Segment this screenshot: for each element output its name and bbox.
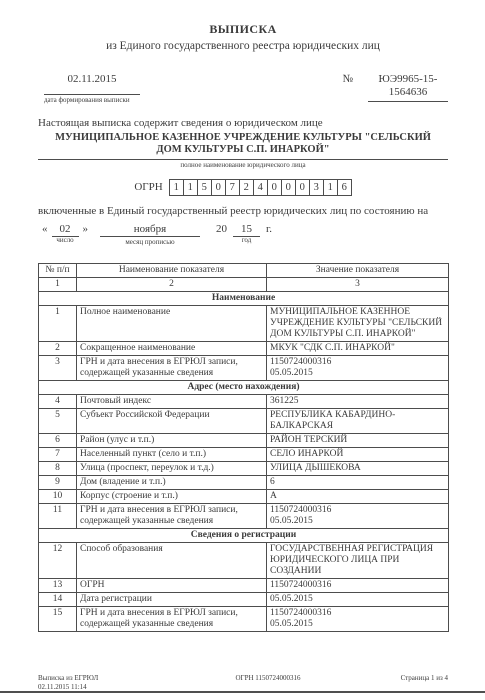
company-name: МУНИЦИПАЛЬНОЕ КАЗЕННОЕ УЧРЕЖДЕНИЕ КУЛЬТУ… (38, 132, 448, 160)
table-row: 13ОГРН1150724000316 (39, 579, 449, 593)
section-row: Сведения о регистрации (39, 529, 449, 543)
close-quote: » (81, 223, 91, 235)
ogrn-label: ОГРН (134, 181, 162, 193)
cell-num: 9 (39, 476, 77, 490)
table-row: 11ГРН и дата внесения в ЕГРЮЛ записи, со… (39, 504, 449, 529)
cell-value: УЛИЦА ДЫШЕКОВА (267, 461, 449, 475)
cell-name: Дом (владение и т.п.) (77, 476, 267, 490)
cell-value: 05.05.2015 (267, 593, 449, 607)
cell-name: Улица (проспект, переулок и т.д.) (77, 461, 267, 475)
ogrn-digit-box: 0 (267, 179, 282, 196)
document-title: ВЫПИСКА (38, 22, 448, 37)
section-row: Наименование (39, 291, 449, 305)
cell-num: 12 (39, 543, 77, 579)
cell-value: 1150724000316 05.05.2015 (267, 607, 449, 632)
table-colnum-row: 1 2 3 (39, 277, 449, 291)
cell-value: 6 (267, 476, 449, 490)
section-title: Сведения о регистрации (39, 529, 449, 543)
document-page: ВЫПИСКА из Единого государственного реес… (0, 0, 485, 700)
table-row: 5Субъект Российской ФедерацииРЕСПУБЛИКА … (39, 408, 449, 433)
table-row: 9Дом (владение и т.п.)6 (39, 476, 449, 490)
footer-ogrn: ОГРН 1150724000316 (178, 674, 358, 683)
document-subtitle: из Единого государственного реестра юрид… (38, 40, 448, 52)
cell-value: 361225 (267, 394, 449, 408)
section-title: Наименование (39, 291, 449, 305)
table-row: 8Улица (проспект, переулок и т.д.)УЛИЦА … (39, 461, 449, 475)
ogrn-digit-box: 4 (253, 179, 268, 196)
as-of-year: 15 (233, 223, 260, 237)
cell-name: ГРН и дата внесения в ЕГРЮЛ записи, соде… (77, 355, 267, 380)
cell-value: РЕСПУБЛИКА КАБАРДИНО-БАЛКАРСКАЯ (267, 408, 449, 433)
formation-date-caption: дата формирования выписки (44, 94, 140, 104)
table-row: 1Полное наименованиеМУНИЦИПАЛЬНОЕ КАЗЕНН… (39, 305, 449, 341)
cell-num: 4 (39, 394, 77, 408)
meta-row: 02.11.2015 дата формирования выписки № Ю… (38, 73, 448, 104)
header-cell-num: № п/п (39, 263, 77, 277)
footer-left: Выписка из ЕГРЮЛ 02.11.2015 11:14 (38, 674, 178, 692)
cell-value: МКУК "СДК С.П. ИНАРКОЙ" (267, 341, 449, 355)
cell-value: РАЙОН ТЕРСКИЙ (267, 433, 449, 447)
ogrn-digit-box: 1 (169, 179, 184, 196)
year-suffix: г. (264, 223, 274, 235)
section-title: Адрес (место нахождения) (39, 380, 449, 394)
open-quote: « (40, 223, 50, 235)
ogrn-digit-box: 5 (197, 179, 212, 196)
ogrn-digit-box: 7 (225, 179, 240, 196)
cell-num: 8 (39, 461, 77, 475)
cell-value: 1150724000316 05.05.2015 (267, 355, 449, 380)
table-row: 7Населенный пункт (село и т.п.)СЕЛО ИНАР… (39, 447, 449, 461)
cell-num: 5 (39, 408, 77, 433)
as-of-day: 02 (52, 223, 79, 237)
formation-date-block: 02.11.2015 дата формирования выписки (44, 73, 140, 104)
ogrn-digit-box: 1 (323, 179, 338, 196)
included-text: включенные в Единый государственный реес… (38, 205, 448, 217)
document-number-line1: ЮЭ9965-15- (368, 73, 448, 86)
table-row: 3ГРН и дата внесения в ЕГРЮЛ записи, сод… (39, 355, 449, 380)
cell-name: Полное наименование (77, 305, 267, 341)
ogrn-digit-boxes: 1150724000316 (169, 179, 352, 196)
colnum-1: 1 (39, 277, 77, 291)
month-caption: месяц прописью (100, 238, 200, 246)
table-row: 15ГРН и дата внесения в ЕГРЮЛ записи, со… (39, 607, 449, 632)
day-stack: 02 число (52, 223, 79, 244)
colnum-3: 3 (267, 277, 449, 291)
year-caption: год (233, 236, 260, 244)
details-table: № п/п Наименование показателя Значение п… (38, 263, 449, 632)
cell-name: Дата регистрации (77, 593, 267, 607)
document-number: ЮЭ9965-15- 1564636 (368, 73, 448, 102)
cell-num: 13 (39, 579, 77, 593)
cell-num: 3 (39, 355, 77, 380)
cell-value: ГОСУДАРСТВЕННАЯ РЕГИСТРАЦИЯ ЮРИДИЧЕСКОГО… (267, 543, 449, 579)
header-cell-value: Значение показателя (267, 263, 449, 277)
table-row: 6Район (улус и т.п.)РАЙОН ТЕРСКИЙ (39, 433, 449, 447)
cell-num: 11 (39, 504, 77, 529)
document-number-line2: 1564636 (368, 86, 448, 99)
footer-doc-type: Выписка из ЕГРЮЛ (38, 674, 178, 683)
ogrn-digit-box: 2 (239, 179, 254, 196)
cell-num: 10 (39, 490, 77, 504)
header-cell-name: Наименование показателя (77, 263, 267, 277)
month-stack: ноября месяц прописью (100, 223, 200, 246)
table-row: 4Почтовый индекс361225 (39, 394, 449, 408)
cell-num: 2 (39, 341, 77, 355)
as-of-month: ноября (100, 223, 200, 237)
as-of-date-line: « 02 число » ноября месяц прописью 20 15… (40, 223, 448, 246)
cell-value: СЕЛО ИНАРКОЙ (267, 447, 449, 461)
ogrn-digit-box: 1 (183, 179, 198, 196)
cell-num: 14 (39, 593, 77, 607)
section-row: Адрес (место нахождения) (39, 380, 449, 394)
ogrn-digit-box: 6 (337, 179, 352, 196)
table-row: 10Корпус (строение и т.п.)А (39, 490, 449, 504)
ogrn-digit-box: 3 (309, 179, 324, 196)
cell-num: 6 (39, 433, 77, 447)
colnum-2: 2 (77, 277, 267, 291)
ogrn-digit-box: 0 (295, 179, 310, 196)
number-sign: № (343, 73, 354, 85)
cell-name: ГРН и дата внесения в ЕГРЮЛ записи, соде… (77, 504, 267, 529)
year-stack: 15 год (233, 223, 260, 244)
cell-num: 7 (39, 447, 77, 461)
cell-name: Субъект Российской Федерации (77, 408, 267, 433)
cell-name: Способ образования (77, 543, 267, 579)
cell-name: Сокращенное наименование (77, 341, 267, 355)
ogrn-digit-box: 0 (281, 179, 296, 196)
ogrn-row: ОГРН 1150724000316 (38, 179, 448, 196)
cell-name: Почтовый индекс (77, 394, 267, 408)
cell-num: 1 (39, 305, 77, 341)
cell-num: 15 (39, 607, 77, 632)
page-footer: Выписка из ЕГРЮЛ 02.11.2015 11:14 ОГРН 1… (38, 674, 448, 692)
formation-date: 02.11.2015 (44, 73, 140, 94)
ogrn-digit-box: 0 (211, 179, 226, 196)
cell-name: ГРН и дата внесения в ЕГРЮЛ записи, соде… (77, 607, 267, 632)
cell-value: МУНИЦИПАЛЬНОЕ КАЗЕННОЕ УЧРЕЖДЕНИЕ КУЛЬТУ… (267, 305, 449, 341)
as-of-century: 20 (214, 223, 229, 235)
table-row: 2Сокращенное наименованиеМКУК "СДК С.П. … (39, 341, 449, 355)
table-row: 14Дата регистрации05.05.2015 (39, 593, 449, 607)
company-block: МУНИЦИПАЛЬНОЕ КАЗЕННОЕ УЧРЕЖДЕНИЕ КУЛЬТУ… (38, 132, 448, 169)
page-bottom-edge (0, 691, 485, 693)
intro-text: Настоящая выписка содержит сведения о юр… (38, 117, 448, 129)
table-row: 12Способ образованияГОСУДАРСТВЕННАЯ РЕГИ… (39, 543, 449, 579)
company-name-caption: полное наименование юридического лица (38, 161, 448, 169)
table-header-row: № п/п Наименование показателя Значение п… (39, 263, 449, 277)
cell-value: А (267, 490, 449, 504)
cell-name: Корпус (строение и т.п.) (77, 490, 267, 504)
footer-page-number: Страница 1 из 4 (358, 674, 448, 683)
cell-name: Район (улус и т.п.) (77, 433, 267, 447)
document-number-block: № ЮЭ9965-15- 1564636 (343, 73, 449, 102)
cell-value: 1150724000316 (267, 579, 449, 593)
cell-value: 1150724000316 05.05.2015 (267, 504, 449, 529)
cell-name: Населенный пункт (село и т.п.) (77, 447, 267, 461)
day-caption: число (52, 236, 79, 244)
cell-name: ОГРН (77, 579, 267, 593)
